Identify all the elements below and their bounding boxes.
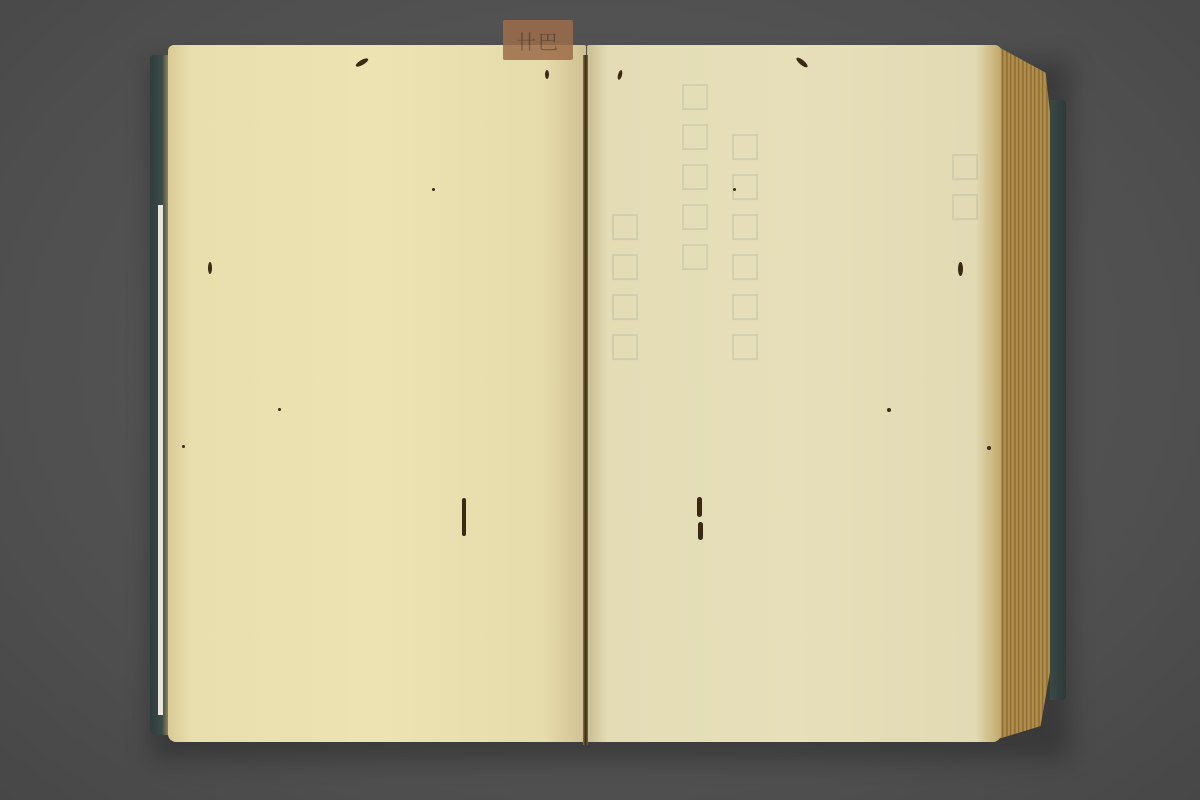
worm-hole	[958, 262, 963, 276]
ghost-text-column: □□□□	[597, 205, 653, 365]
worm-hole	[887, 408, 891, 412]
worm-hole	[432, 188, 435, 191]
worm-hole	[182, 445, 185, 448]
ghost-text-column: □□	[937, 145, 993, 225]
worm-hole	[697, 497, 702, 517]
worm-hole	[698, 522, 703, 540]
left-cover-strip	[158, 205, 163, 715]
worm-hole	[987, 446, 991, 450]
worm-hole	[462, 498, 466, 536]
worm-hole	[733, 188, 736, 191]
right-cover	[1050, 100, 1066, 700]
worm-hole	[278, 408, 281, 411]
page-tab: 卄巴	[503, 20, 573, 60]
worm-hole	[208, 262, 212, 274]
right-page: □□□□□ □□□□□□ □□□□ □□	[587, 45, 1001, 742]
ghost-text-column: □□□□□	[667, 75, 723, 275]
tab-label: 卄巴	[503, 26, 573, 55]
worm-hole	[545, 70, 549, 79]
book-gutter	[583, 55, 588, 745]
left-page	[168, 45, 586, 742]
ghost-text-column: □□□□□□	[717, 125, 773, 365]
